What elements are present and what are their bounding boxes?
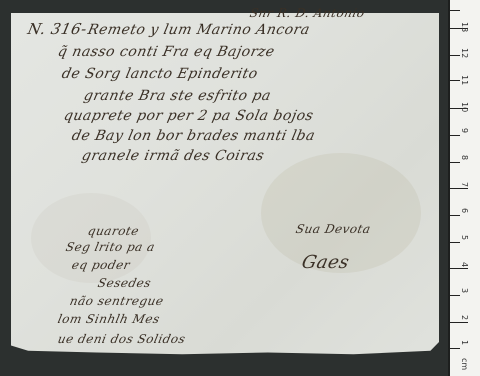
note-line: lom Sinhlh Mes (57, 312, 162, 326)
ruler-label: 4 (460, 262, 469, 267)
ruler-tick (450, 55, 460, 56)
text-line: quaprete por per 2 pa Sola bojos (62, 108, 315, 124)
text-line: q̃ nasso conti Fra eq Bajorze (56, 44, 276, 60)
header-right: Snr R. D. Antonio (249, 6, 367, 20)
measurement-ruler: 13 12 11 10 9 8 7 6 5 4 3 2 1 cm (448, 0, 480, 376)
ruler-tick (450, 162, 460, 163)
text-line: de Sorg lancto Epinderito (60, 66, 259, 82)
ruler-label: 3 (460, 288, 469, 293)
note-line: ue deni dos Solidos (57, 332, 187, 346)
ruler-tick (450, 268, 468, 269)
ruler-label: 9 (460, 128, 469, 133)
ruler-label: 6 (460, 208, 469, 213)
note-line: quarote (87, 224, 141, 238)
text-line: grante Bra ste esfrito pa (82, 88, 272, 104)
signature-line1: Sua Devota (295, 222, 373, 236)
note-line: Sesedes (97, 276, 153, 290)
ruler-tick (450, 242, 460, 243)
ruler-tick (450, 135, 460, 136)
document-number: N. 316- (26, 20, 89, 38)
text-line: granele irmã des Coiras (80, 148, 265, 164)
ruler-tick (450, 322, 468, 323)
ruler-tick (450, 295, 460, 296)
ruler-label: 7 (460, 182, 469, 187)
note-line: não sentregue (69, 294, 166, 308)
signature-line2: Gaes (300, 252, 351, 273)
ruler-tick (450, 188, 468, 189)
ruler-label: 1 (460, 340, 469, 345)
ruler-label: 2 (460, 315, 469, 320)
ruler-tick (450, 215, 460, 216)
ruler-label: 10 (460, 102, 469, 112)
ruler-tick (450, 80, 460, 81)
ruler-label: 5 (460, 235, 469, 240)
ruler-tick (450, 348, 460, 349)
note-line: eq poder (71, 258, 132, 272)
ruler-unit-label: cm (460, 358, 469, 370)
ruler-label: 8 (460, 155, 469, 160)
ruler-tick (450, 10, 460, 11)
ruler-label: 12 (460, 48, 469, 58)
text-line: de Bay lon bor brades manti lba (70, 128, 316, 144)
note-line: Seg lrito pa a (65, 240, 157, 254)
text-line: Remeto y lum Marino Ancora (86, 22, 311, 38)
ruler-label: 13 (460, 22, 469, 32)
ruler-label: 11 (460, 75, 469, 85)
